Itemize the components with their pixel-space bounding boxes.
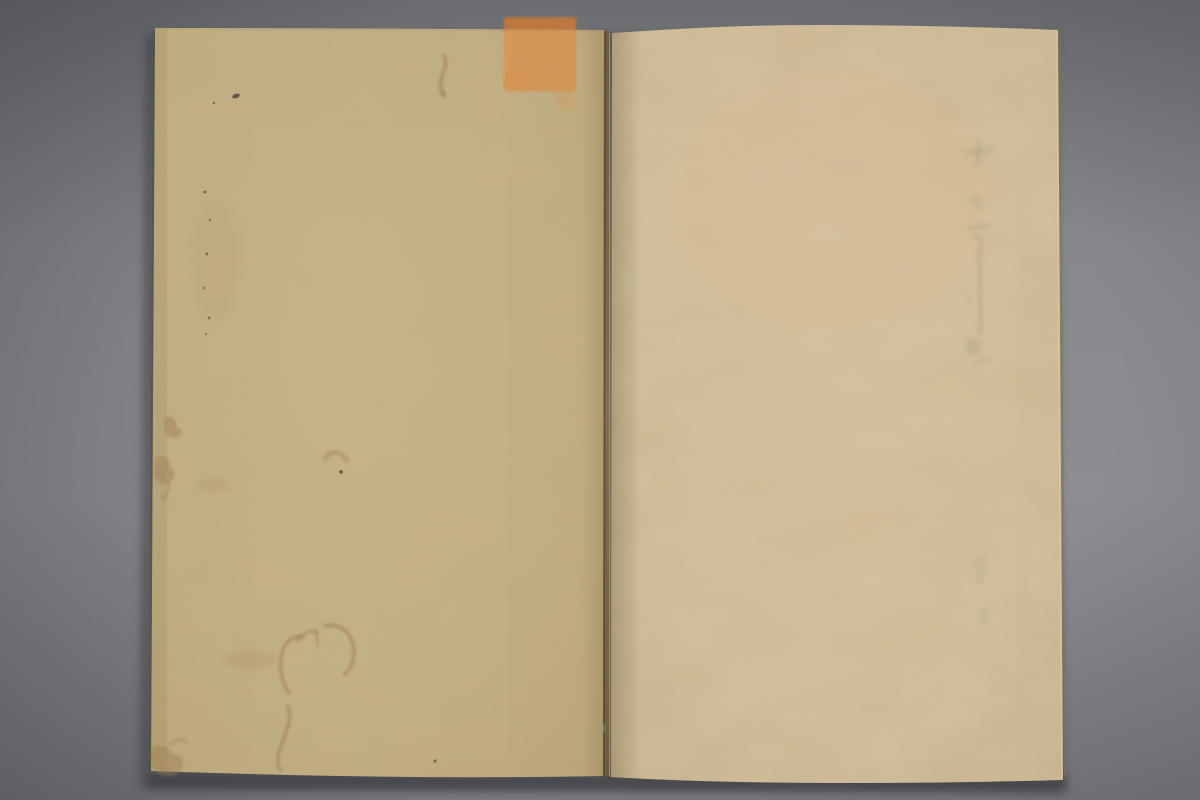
ink-speck xyxy=(339,470,342,473)
ink-speck xyxy=(206,253,209,256)
ink-speck xyxy=(209,219,211,221)
bleedthrough-mark xyxy=(979,252,981,332)
worm-trail-stain xyxy=(316,631,318,646)
right-page-gutter-shade xyxy=(611,26,641,780)
gutter xyxy=(603,30,611,777)
seal-top-rim xyxy=(504,17,576,29)
book xyxy=(139,17,1068,794)
ink-speck xyxy=(208,317,211,320)
bleedthrough-mark xyxy=(976,360,988,362)
seal-fade-tail xyxy=(556,86,574,110)
bleedthrough-mark xyxy=(980,606,988,626)
right-page xyxy=(608,24,1068,784)
binding-thread xyxy=(603,724,606,733)
ink-speck xyxy=(205,333,207,335)
gutter-dark-line xyxy=(604,31,605,776)
bleedthrough-mark xyxy=(966,337,980,355)
left-page-gutter-shade xyxy=(580,28,604,778)
seal-left-fade xyxy=(504,72,534,92)
ink-speck xyxy=(213,102,215,104)
left-page xyxy=(150,26,608,780)
photo-stage xyxy=(0,0,1200,800)
ink-speck xyxy=(204,191,207,194)
bleedthrough-mark xyxy=(970,226,988,228)
ink-speck xyxy=(203,287,205,289)
book-photo xyxy=(0,0,1200,800)
ink-speck xyxy=(433,759,436,762)
bleedthrough-mark xyxy=(975,558,985,586)
